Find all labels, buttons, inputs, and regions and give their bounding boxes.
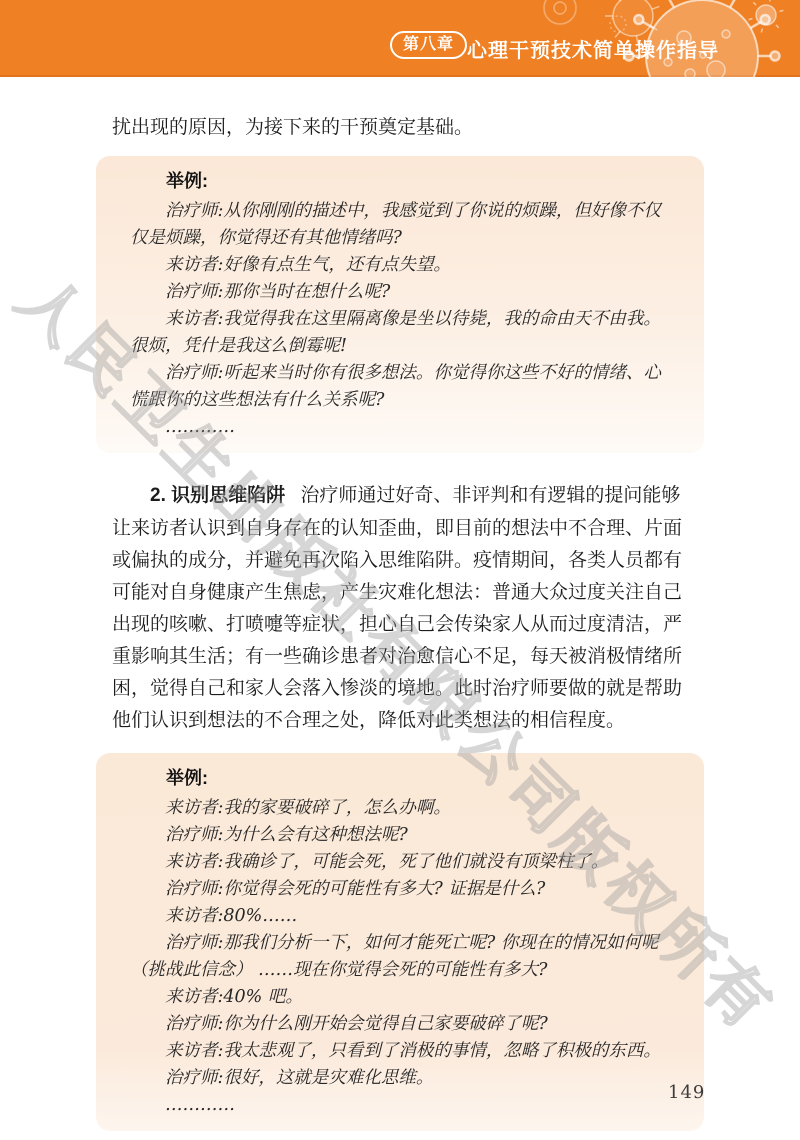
dialogue-ellipsis: …………	[130, 414, 672, 441]
section-heading: 2. 识别思维陷阱	[150, 485, 285, 506]
dialogue-ellipsis: …………	[130, 1092, 672, 1119]
dialogue-line: 来访者:我确诊了，可能会死，死了他们就没有顶梁柱了。	[130, 849, 672, 876]
example-label: 举例:	[130, 168, 672, 194]
dialogue-line: 治疗师:听起来当时你有很多想法。你觉得你这些不好的情绪、心慌跟你的这些想法有什么…	[130, 360, 672, 414]
example-label: 举例:	[130, 765, 672, 791]
section-body-text: 治疗师通过好奇、非评判和有逻辑的提问能够让来访者认识到自身存在的认知歪曲，即目前…	[112, 484, 682, 731]
dialogue-line: 来访者:我太悲观了，只看到了消极的事情，忽略了积极的东西。	[130, 1038, 672, 1065]
example-box-2: 举例: 来访者:我的家要破碎了，怎么办啊。 治疗师:为什么会有这种想法呢? 来访…	[96, 753, 704, 1131]
dialogue-line: 治疗师:你为什么刚开始会觉得自己家要破碎了呢?	[130, 1011, 672, 1038]
dialogue-line: 治疗师:从你刚刚的描述中，我感觉到了你说的烦躁，但好像不仅仅是烦躁，你觉得还有其…	[130, 198, 672, 252]
dialogue-line: 来访者:好像有点生气，还有点失望。	[130, 252, 672, 279]
example-box-1: 举例: 治疗师:从你刚刚的描述中，我感觉到了你说的烦躁，但好像不仅仅是烦躁，你觉…	[96, 156, 704, 453]
section-paragraph: 2. 识别思维陷阱治疗师通过好奇、非评判和有逻辑的提问能够让来访者认识到自身存在…	[112, 479, 688, 736]
dialogue-line: 治疗师:为什么会有这种想法呢?	[130, 822, 672, 849]
dialogue-line: 来访者:我的家要破碎了，怎么办啊。	[130, 795, 672, 822]
book-page: 第八章 心理干预技术简单操作指导 人民卫生出版社有限公司版权所有 扰出现的原因，…	[0, 0, 800, 1140]
dialogue-line: 治疗师:那你当时在想什么呢?	[130, 279, 672, 306]
dialogue-line: 治疗师:你觉得会死的可能性有多大? 证据是什么?	[130, 876, 672, 903]
page-number: 149	[668, 1082, 705, 1103]
page-content: 扰出现的原因，为接下来的干预奠定基础。 举例: 治疗师:从你刚刚的描述中，我感觉…	[0, 0, 800, 1131]
intro-paragraph: 扰出现的原因，为接下来的干预奠定基础。	[112, 115, 704, 139]
dialogue-line: 治疗师:很好，这就是灾难化思维。	[130, 1065, 672, 1092]
dialogue-line: 来访者:40% 吧。	[130, 984, 672, 1011]
dialogue-line: 来访者:我觉得我在这里隔离像是坐以待毙，我的命由天不由我。很烦，凭什是我这么倒霉…	[130, 306, 672, 360]
dialogue-line: 治疗师:那我们分析一下，如何才能死亡呢? 你现在的情况如何呢（挑战此信念） ………	[130, 930, 672, 984]
dialogue-line: 来访者:80%……	[130, 903, 672, 930]
